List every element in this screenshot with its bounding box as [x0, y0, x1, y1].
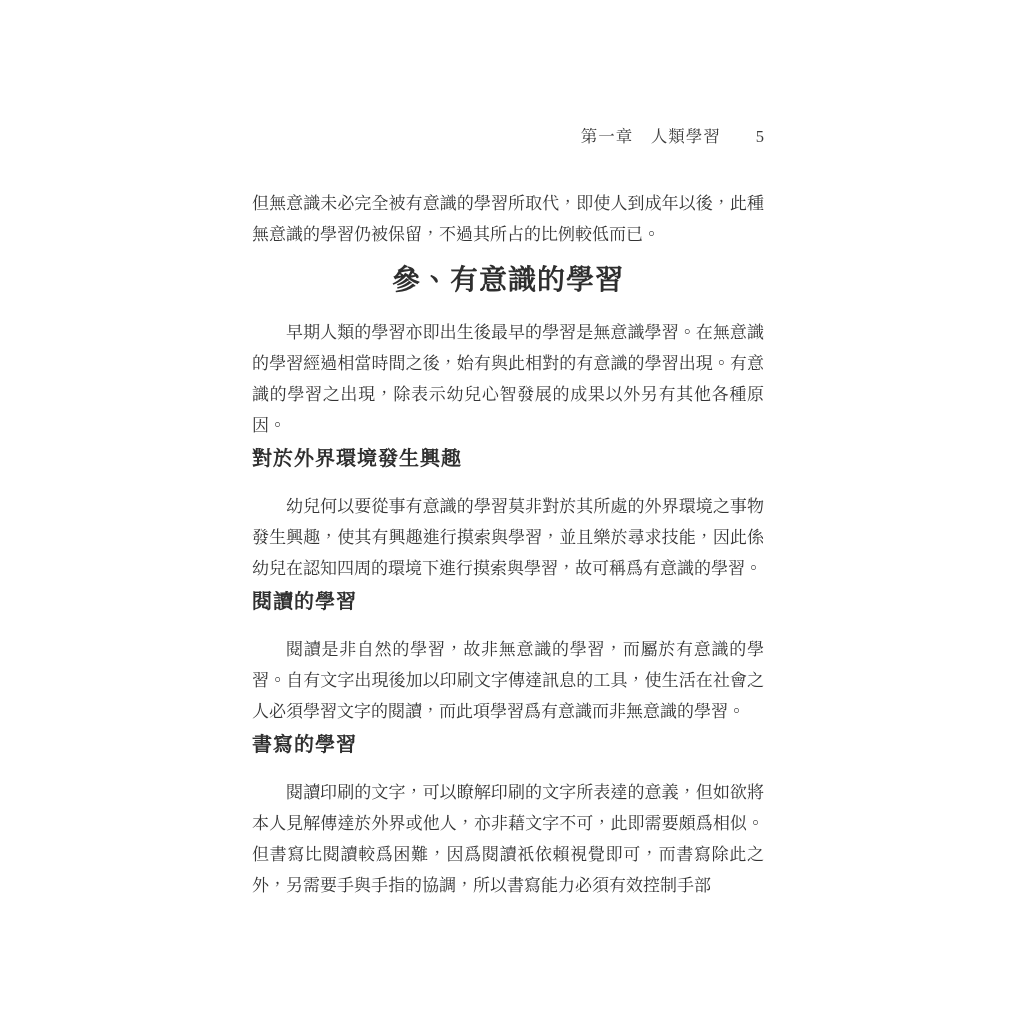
subsection-paragraph-environment-interest: 幼兒何以要從事有意識的學習莫非對於其所處的外界環境之事物發生興趣，使其有興趣進行… [252, 491, 764, 584]
section-title: 參、有意識的學習 [252, 264, 764, 296]
section-intro-paragraph: 早期人類的學習亦即出生後最早的學習是無意識學習。在無意識的學習經過相當時間之後，… [252, 317, 764, 441]
page-number: 5 [756, 127, 764, 147]
subsection-heading-reading: 閱讀的學習 [252, 590, 764, 612]
subsection-heading-environment-interest: 對於外界環境發生興趣 [252, 447, 764, 469]
subsection-paragraph-writing: 閱讀印刷的文字，可以瞭解印刷的文字所表達的意義，但如欲將本人見解傳達於外界或他人… [252, 777, 764, 901]
paragraph-continued: 但無意識未必完全被有意識的學習所取代，即使人到成年以後，此種無意識的學習仍被保留… [252, 188, 764, 250]
running-header-chapter: 第一章 人類學習 [581, 127, 721, 147]
subsection-heading-writing: 書寫的學習 [252, 733, 764, 755]
running-header: 第一章 人類學習 5 [252, 127, 764, 147]
subsection-paragraph-reading: 閱讀是非自然的學習，故非無意識的學習，而屬於有意識的學習。自有文字出現後加以印刷… [252, 634, 764, 727]
text-column: 第一章 人類學習 5 但無意識未必完全被有意識的學習所取代，即使人到成年以後，此… [252, 0, 764, 901]
book-page: 第一章 人類學習 5 但無意識未必完全被有意識的學習所取代，即使人到成年以後，此… [0, 0, 1016, 1016]
